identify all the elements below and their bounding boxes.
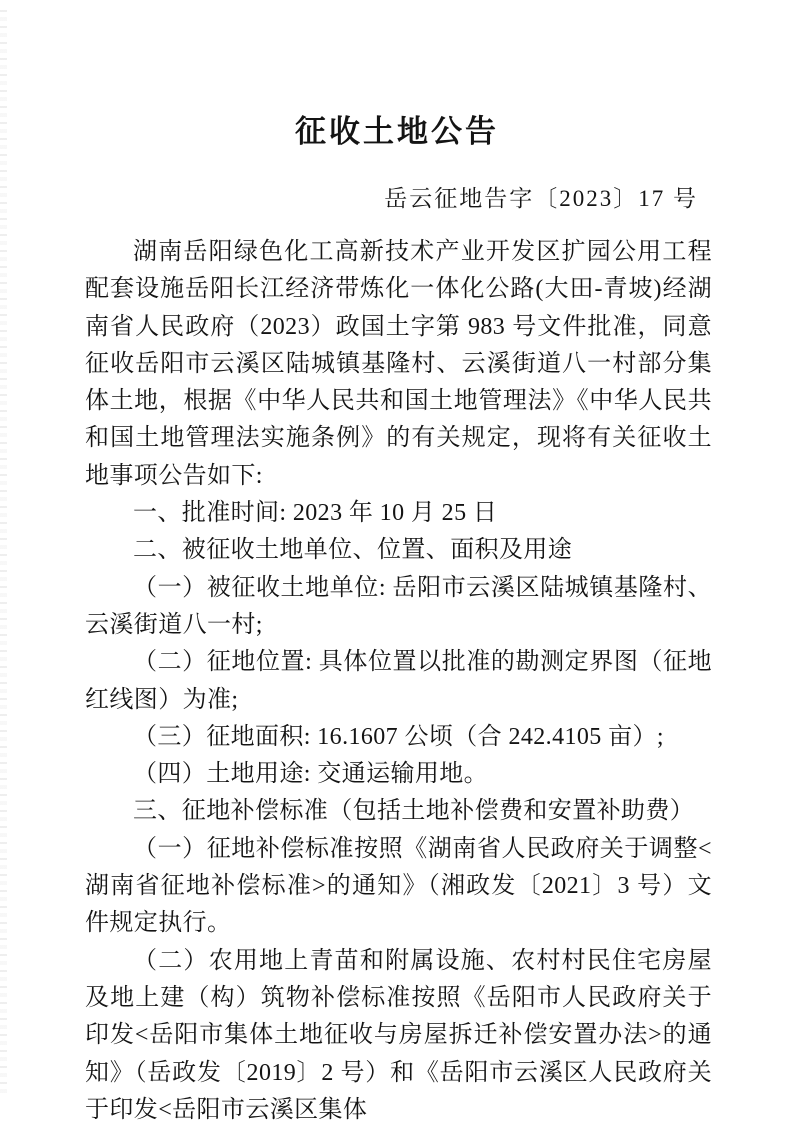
document-title: 征收土地公告 — [0, 112, 794, 152]
document-paragraph: 三、征地补偿标准（包括土地补偿费和安置补助费） — [85, 793, 712, 830]
document-paragraph: （四）土地用途: 交通运输用地。 — [85, 756, 712, 793]
document-paragraph: （三）征地面积: 16.1607 公顷（合 242.4105 亩）; — [85, 719, 712, 756]
scan-noise-artifact — [0, 10, 7, 1095]
document-paragraph: （一）被征收土地单位: 岳阳市云溪区陆城镇基隆村、云溪街道八一村; — [85, 570, 712, 645]
document-paragraph: （一）征地补偿标准按照《湖南省人民政府关于调整<湖南省征地补偿标准>的通知》（湘… — [85, 831, 712, 943]
document-paragraph: 一、批准时间: 2023 年 10 月 25 日 — [85, 495, 712, 532]
document-paragraph: （二）农用地上青苗和附属设施、农村村民住宅房屋及地上建（构）筑物补偿标准按照《岳… — [85, 943, 712, 1122]
document-number: 岳云征地告字〔2023〕17 号 — [0, 184, 794, 213]
document-paragraph: 二、被征收土地单位、位置、面积及用途 — [85, 532, 712, 569]
document-body: 湖南岳阳绿色化工高新技术产业开发区扩园公用工程配套设施岳阳长江经济带炼化一体化公… — [0, 234, 794, 1122]
document-paragraph: 湖南岳阳绿色化工高新技术产业开发区扩园公用工程配套设施岳阳长江经济带炼化一体化公… — [85, 234, 712, 495]
scanned-document-page: 征收土地公告 岳云征地告字〔2023〕17 号 湖南岳阳绿色化工高新技术产业开发… — [0, 0, 794, 1122]
document-paragraph: （二）征地位置: 具体位置以批准的勘测定界图（征地红线图）为准; — [85, 644, 712, 719]
